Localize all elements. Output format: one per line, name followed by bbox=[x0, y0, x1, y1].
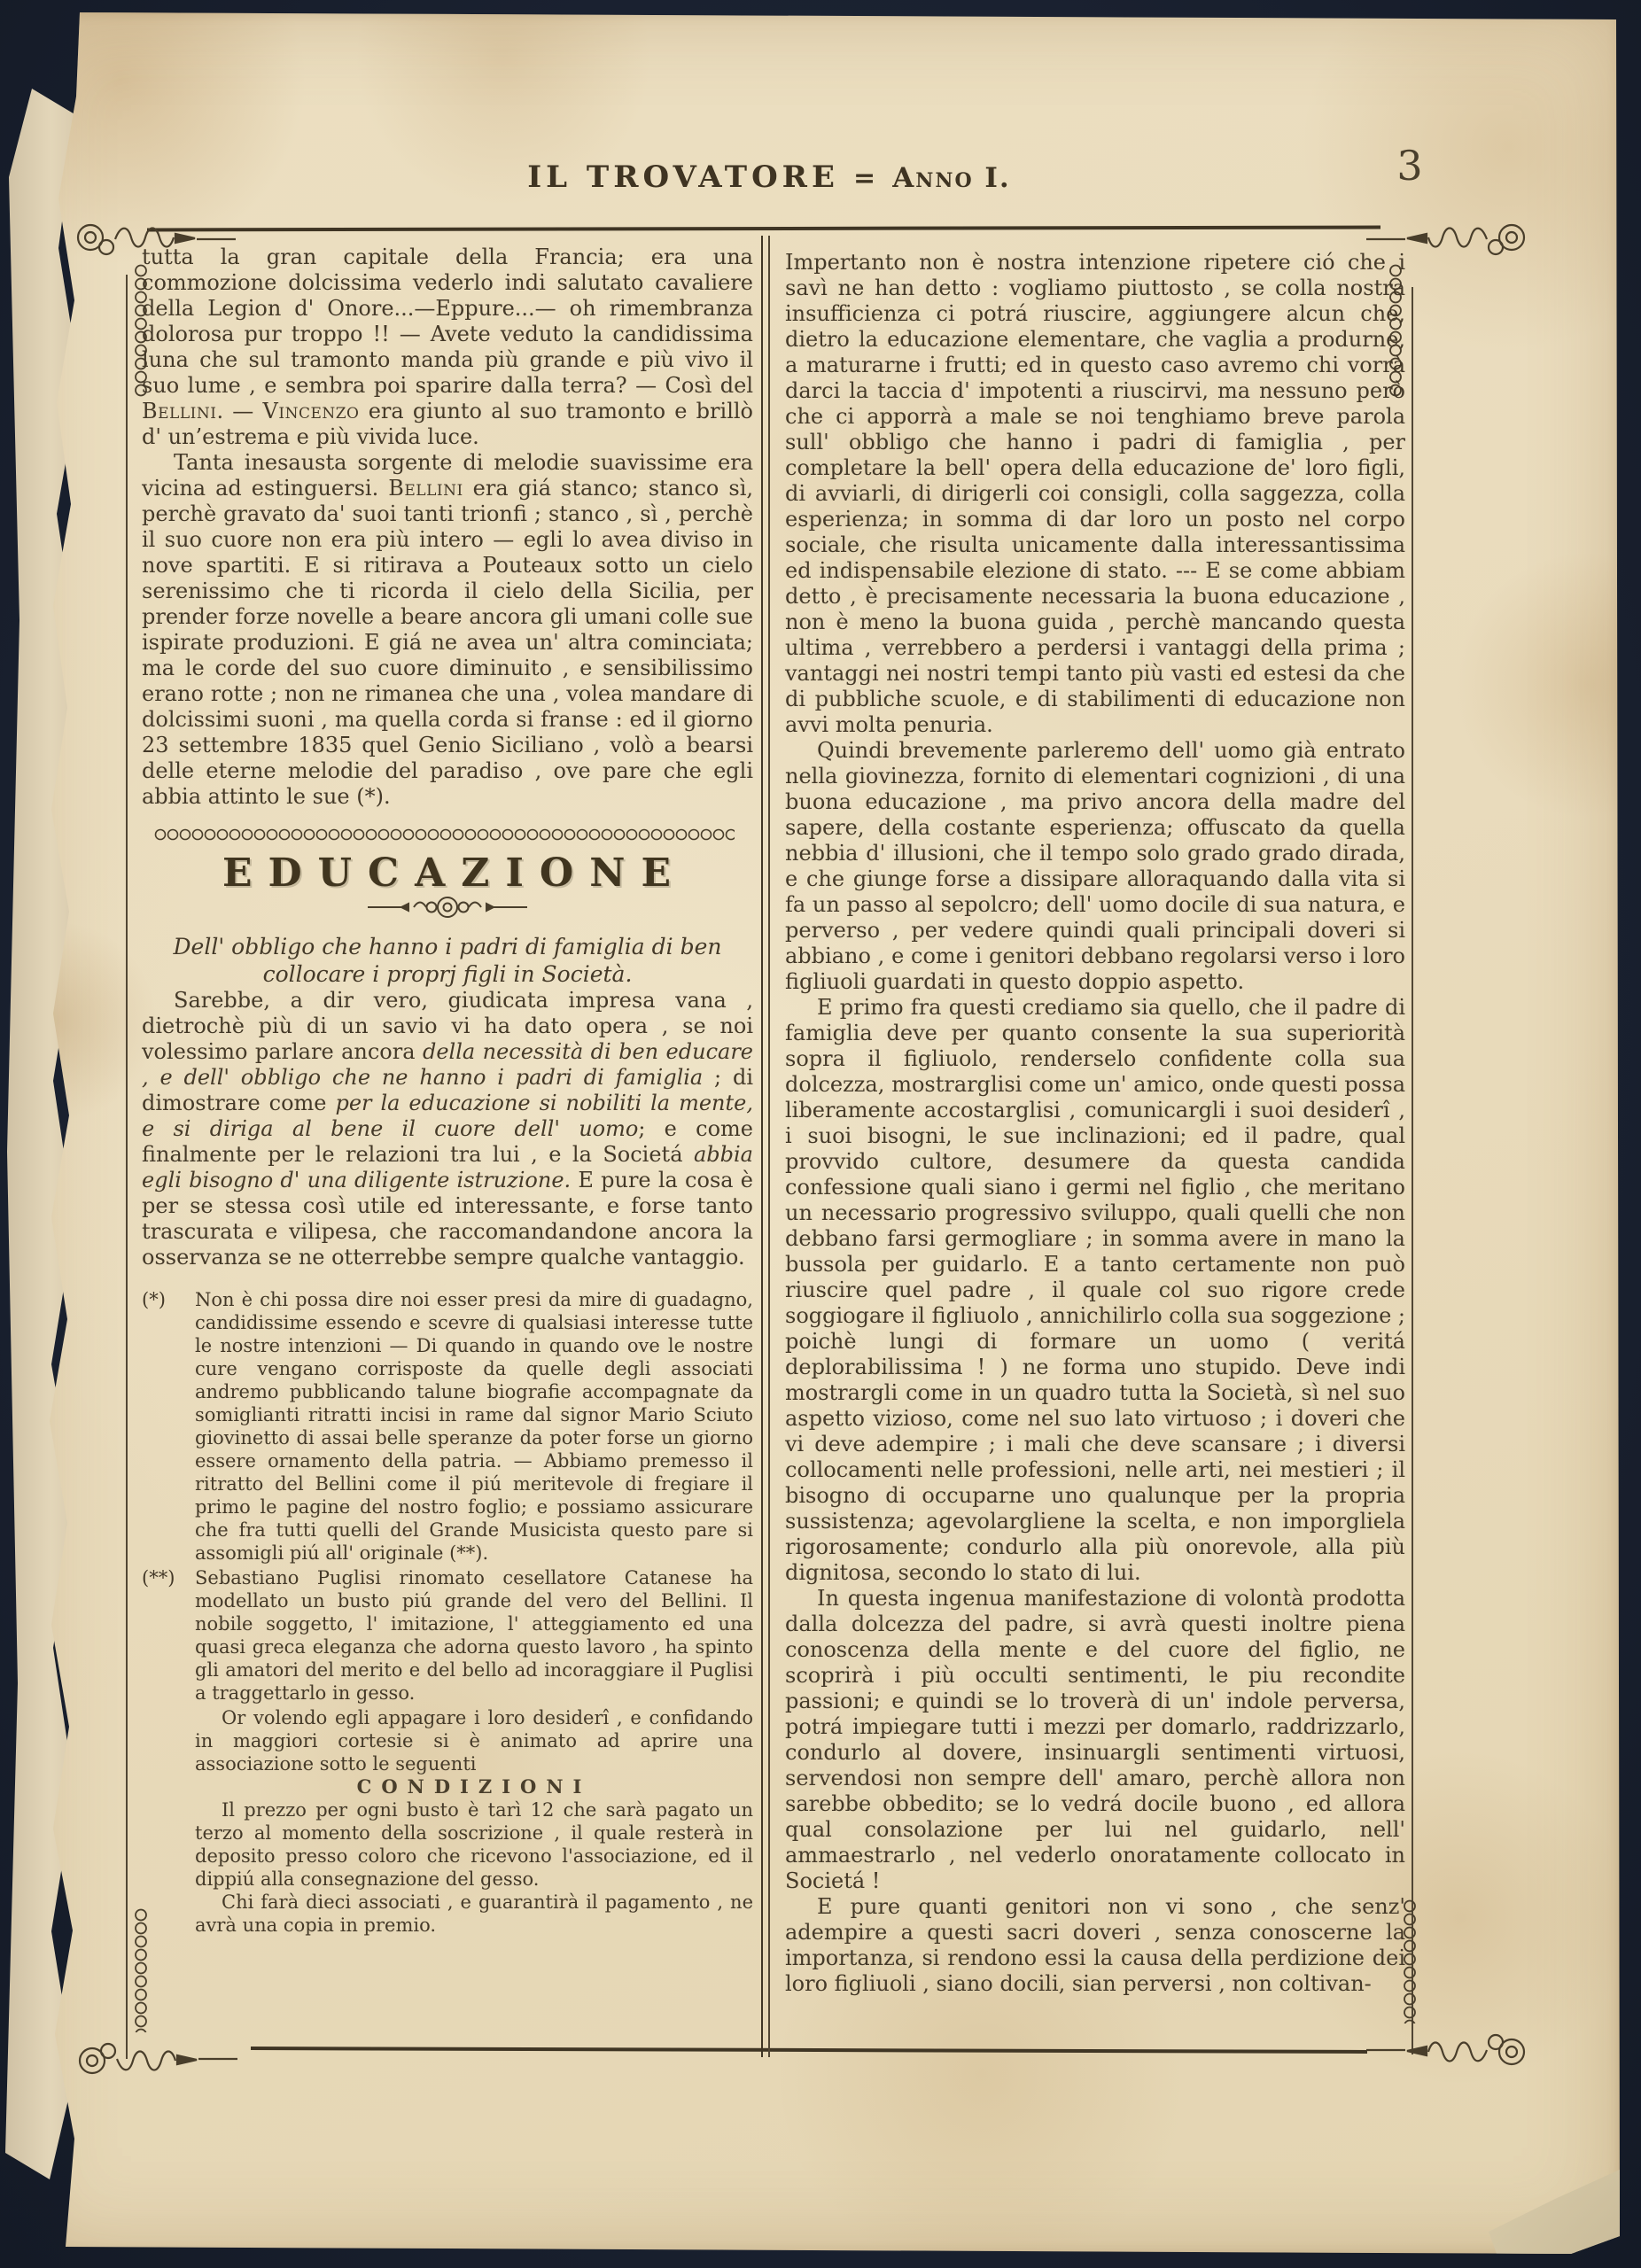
footnote-2: (**) Sebastiano Puglisi rinomato cesella… bbox=[142, 1566, 753, 1705]
bottom-rule bbox=[251, 2047, 1367, 2054]
left-column: tutta la gran capitale della Francia; er… bbox=[142, 245, 753, 1937]
article-paragraph: E primo fra questi crediamo sia quello, … bbox=[785, 995, 1405, 1586]
heading-ornament-icon bbox=[142, 891, 753, 929]
column-divider-inner bbox=[768, 236, 770, 2057]
squiggle-divider-icon bbox=[154, 824, 753, 851]
article-paragraph: Sarebbe, a dir vero, giudicata impresa v… bbox=[142, 988, 753, 1270]
article-paragraph: Tanta inesausta sorgente di melodie suav… bbox=[142, 450, 753, 810]
article-paragraph: tutta la gran capitale della Francia; er… bbox=[142, 245, 753, 450]
footnotes-block: (*) Non è chi possa dire noi esser presi… bbox=[142, 1288, 753, 1937]
top-rule bbox=[147, 226, 1380, 232]
left-column-rule bbox=[126, 275, 128, 2059]
paper-sheet: IL TROVATORE = Anno I. 3 bbox=[25, 12, 1620, 2254]
section-title: EDUCAZIONE bbox=[142, 860, 753, 886]
corner-flourish-bottom-right-icon bbox=[1361, 2025, 1529, 2082]
article-paragraph: Quindi brevemente parleremo dell' uomo g… bbox=[785, 738, 1405, 995]
footnote-1: (*) Non è chi possa dire noi esser presi… bbox=[142, 1288, 753, 1565]
scanned-newspaper-page: IL TROVATORE = Anno I. 3 bbox=[0, 0, 1641, 2268]
masthead-volume: Anno I. bbox=[892, 162, 1011, 194]
footnote-continuation: Or volendo egli appagare i loro desiderî… bbox=[142, 1706, 753, 1775]
article-paragraph: E pure quanti genitori non vi sono , che… bbox=[785, 1894, 1405, 1997]
right-column-rule bbox=[1412, 287, 1413, 2054]
masthead: IL TROVATORE = Anno I. bbox=[25, 159, 1513, 195]
section-subtitle: Dell' obbligo che hanno i padri di famig… bbox=[142, 933, 753, 988]
condizioni-paragraph: Il prezzo per ogni busto è tarì 12 che s… bbox=[142, 1798, 753, 1891]
footnote-marker: (**) bbox=[142, 1566, 175, 1589]
footnote-text: Sebastiano Puglisi rinomato cesellatore … bbox=[195, 1567, 753, 1704]
paper-corner-fold bbox=[1489, 2165, 1622, 2254]
column-divider bbox=[761, 236, 763, 2057]
masthead-separator: = bbox=[846, 163, 885, 194]
page-number: 3 bbox=[1379, 142, 1441, 190]
corner-flourish-bottom-left-icon bbox=[74, 2034, 243, 2091]
article-paragraph: In questa ingenua manifestazione di volo… bbox=[785, 1586, 1405, 1894]
masthead-title: IL TROVATORE bbox=[527, 159, 839, 195]
condizioni-heading: CONDIZIONI bbox=[142, 1775, 753, 1798]
right-column: Impertanto non è nostra intenzione ripet… bbox=[785, 250, 1405, 1997]
condizioni-paragraph: Chi farà dieci associati , e guarantirà … bbox=[142, 1891, 753, 1937]
article-paragraph: Impertanto non è nostra intenzione ripet… bbox=[785, 250, 1405, 738]
footnote-marker: (*) bbox=[142, 1288, 166, 1311]
footnote-text: Non è chi possa dire noi esser presi da … bbox=[195, 1289, 753, 1564]
